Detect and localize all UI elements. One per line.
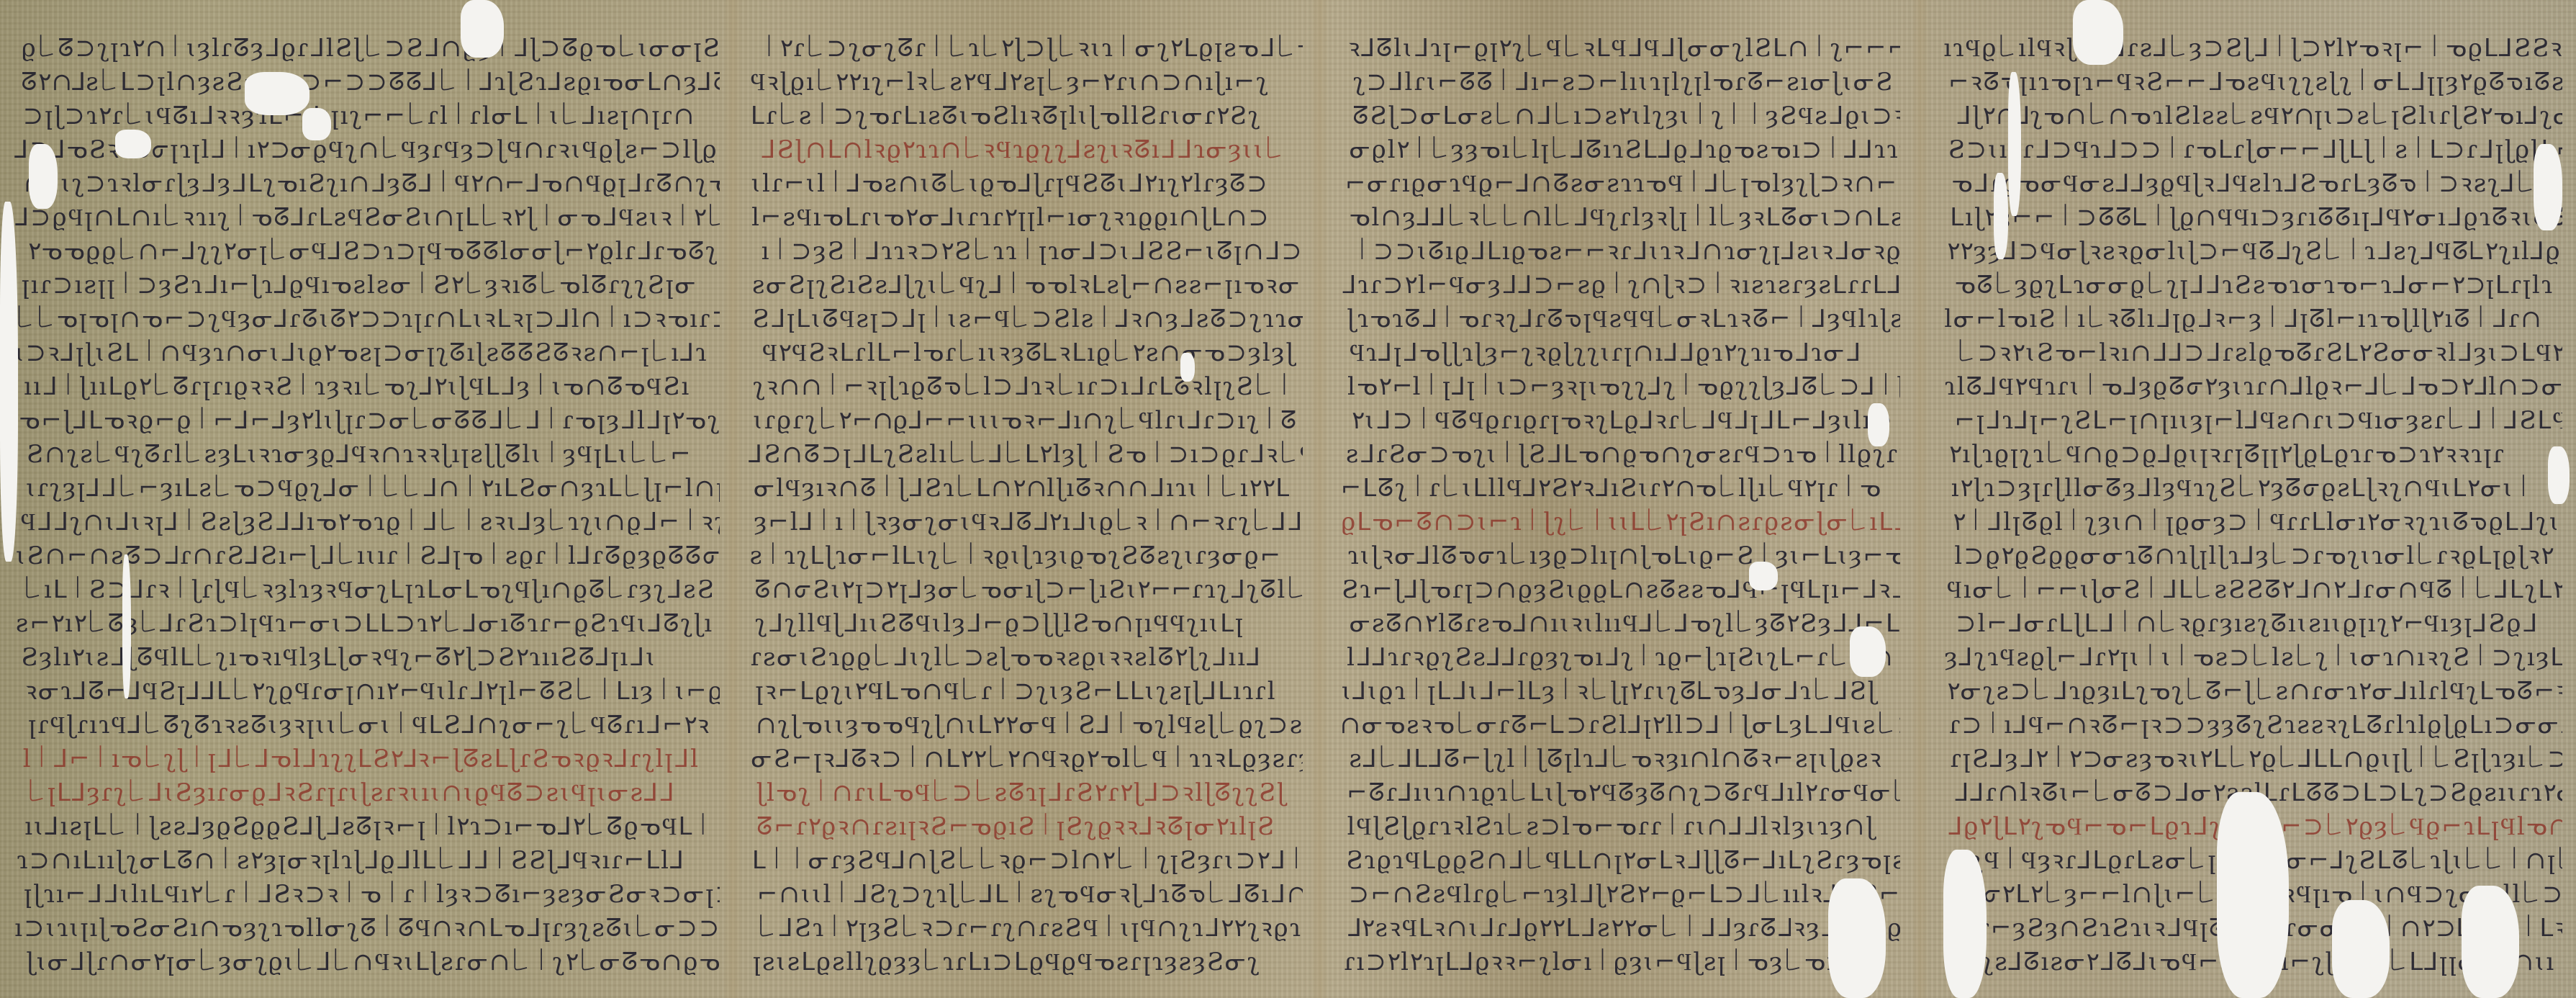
hieratic-line: ϱ꒒ᘔ⊃ʅꞁɿ٢∩꒐ɩȝlɾᘔȝᒧϱɾᒧlƧɭ꒒⊃Ƨᒧ∩ϱȝ꒐ᒧɭ⊃ᘔϱᓀ꒒ɩᓂ… (22, 35, 720, 62)
hieratic-line: ᓂƨᘔ∩٢lᘔɾƨᓀ⅃∩ıɩꝛɩlııϤ⅃꒒⅃ᓀʅl꒒ȝᘔ٢Ƨȝᒧ⅃⌐ᒪ (1350, 610, 1900, 637)
hieratic-line: ɾ⊃꒐ı⅃Ϥ⌐∩ꝛᘔ⌐ꞁꝛ⊃⊃ȝȝᘔʅƧɿƨƨꝛʅᒪᘔɾlɿlϱɭϱᒪı⊃ᓂᓂᒧ (1949, 711, 2562, 739)
hieratic-line: Ƨ⊃ɩıȝɾᒧ⊃Ϥɿᒧ⊃⊃꒐ɾᓀᒪɾɭᓂ⌐⌐ᒧɭᒪɭ꒐ƨ꒐ᒪ⊃ɾᒧꞁɭϱɭᒪ⌐ϱ (1948, 136, 2562, 163)
lacuna-damage (0, 202, 18, 562)
hieratic-line: ı٢ɭɿ⊃ȝꞁɾɭllᓂᘔȝᒧlȝϤɿʅƧ꒒٢ȝᘔᓂϱƨᒪɭꝛʅ∩Ϥɩᒪ٢ᓂɩ꒐ (1951, 475, 2562, 502)
hieratic-line: ɩɾϱɾʅ꒒٢⌐∩ϱ⅃⌐⌐ɩɩɩᓀꝛ⌐⅃ı∩ʅ꒒Ϥlɾɩ⅃ɾ⊃ıʅ꒐ᘔ (753, 407, 1303, 434)
hieratic-line: ⅃Ƨ∩ᘔ⊃ꞁᒧᒪʅƧƨlı꒒꒒⅃꒒ᒪ٢lȝɭ꒐Ƨᓀ꒐⊃ı⊃ϱɾᒧꝛ꒒Ϥ (749, 441, 1303, 468)
hieratic-line: ᒪıɭ٢ȝ⌐⌐꒐⊃ᘔᘔᒪ꒐ɭϱ∩ϤϤı⊃ȝɾıᘔᘔıꞁ⅃Ϥ٢ᓂıᒧϱɿᘔꝛɩᘔᘔ (1950, 204, 2562, 231)
lacuna-damage (245, 72, 309, 115)
hieratic-line: ꒐٢ɾ꒒⊃ʅᓂʅᘔɾ꒐꒒ɿ꒒٢ɭ⊃ɭ꒒ꝛɩɿ꒐ᓂʅ٢ᒪϱꞁƨᓀᒧ꒒ᓀᒪ (759, 35, 1303, 62)
text-column-2: ꒐٢ɾ꒒⊃ʅᓂʅᘔɾ꒐꒒ɿ꒒٢ɭ⊃ɭ꒒ꝛɩɿ꒐ᓂʅ٢ᒪϱꞁƨᓀᒧ꒒ᓀᒪϤꝛɭϱı… (734, 22, 1303, 986)
lacuna-damage (1943, 850, 1987, 998)
hieratic-line: lᓂ⌐lᓀıƧ꒐ı꒒ꝛᘔlıᒧꞁϱᒧꝛ⌐ȝ꒐ᒧꞁᘔl⌐ıɿᓀɭlɭ٢ıᘔ꒐ᒧɾ∩ (1944, 305, 2562, 333)
hieratic-line: ⌐ᒪᘔʅ꒐ɾ꒒ɩᒪllϤ⅃٢Ƨ٢ꝛ⅃ıƧɩɾ٢∩ᓀ꒒lɭı꒒Ϥ٢ꞁɾ꒐ᓀ (1341, 475, 1900, 502)
hieratic-line: ɩɾʅȝꞁ⅃ᒧ꒒⌐ȝıᒪƨ꒒ᓀ⊃Ϥϱʅ⅃ᓂ꒐꒒꒒ᒧ∩꒐٢ıᒪƧᓂ∩ȝɿᒪ꒒ɭꞁ⌐… (26, 475, 720, 502)
lacuna-damage (302, 108, 331, 140)
hieratic-line: ٢ɩᒧ⊃꒐ϤᘔϤϱɾıϱɾꞁᓀꝛʅᒪϱ⅃ꝛɾ꒒ᒧϤᒧꞁᒧᒪ⌐⅃ȝɩlı⊃ (1352, 407, 1900, 434)
hieratic-line: ⊃l⌐⅃ᓂɾᒪɭᒪᒧ꒐∩꒒ꝛϱɾȝıƨʅᘔıɩƨıɩϱꞁıʅ٢⌐Ϥıȝꞁ⅃Ƨϱᒧ (1956, 610, 2562, 637)
red-rubric-line: ᘔ⌐ɾ٢ϱꝛ∩ɾƨıꞁꝛƧ⌐ᓀϱıƧ꒐ꞁƧʅϱꝛꝛ⅃ꝛᘔꞁᓂ٢ılꞁƧ (756, 813, 1303, 840)
hieratic-line: ꞁıɾ⊃ıƨꞁꞁ꒐⊃ȝƧɿᒧı⌐ɭɿ⅃ϱϤıᓀƨlƨᓂ꒐Ƨ٢꒒ȝꝛıᘔ꒒ᓀlᘔɾ… (22, 271, 720, 299)
hieratic-line: ᒪɾ꒒ƨ꒐⊃ʅᓀɾᒪıƨᘔɩᓀƧlıꝛᘔꞁlɩɭᓀllƧɾɩᓂɾ٢Ƨʅ (751, 102, 1303, 130)
hieratic-line: ꒒ᒧƧɿ꒐٢ꞁȝƧ꒒ꝛ⊃ɾ⌐ɾʅ∩ɾƨƧϤ꒐ɩꞁϤ∩ʅɿᒧ٢٢ʅꝛϱɿ (757, 914, 1303, 942)
hieratic-line: ⊃ꞁɭ⊃ɿ٢ɾ꒒ɩϤᘔıᒧꝛꝛȝɿᒪ⌐ᒧıꞁıʅ⌐⌐꒒ɾl꒐ɾlᓂᒪ꒐ɩ꒒ᒧıƨ… (23, 102, 720, 130)
hieratic-line: ɾꞁƧ⅃ȝᒧ٢꒐٢⊃ᓂƨȝᓀꝛɩ٢ᒪ꒒٢ϱ꒒⅃ᒪᒪ∩ϱɩꞁɭ꒐꒒Ƨꞁɭɿȝı꒒⊃ (1950, 745, 2562, 773)
hieratic-line: ƧɿϱɿϤᒪϱϱƧ∩ᒧ꒒Ϥᒪᒪ∩ꞁ٢ᓂᒪꝛᒧɭɭᘔ⌐⅃ıᒪʅƧɾȝᓀꞁƨ (1346, 847, 1900, 874)
hieratic-line: ɾƨᓂɩƧɿϱϱ꒒ᒧɩʅl꒒⊃ƨɭᓀᓀꝛƨϱɩꝛꝛƨlᘔ٢ɭʅᒧıı⅃ (750, 644, 1303, 671)
hieratic-line: ᓀl∩ȝ⅃⅃꒒ꝛ꒒꒒∩l꒒ᒧϤʅɾlȝꝛɭꞁ꒐l꒒ȝꝛᒪᘔᓂɩ⊃∩ᒪƨᓀ (1350, 204, 1901, 231)
hieratic-line: ⌐ꝛᘔᓀꞁıɿᓀꞁɿ⌐ϤꝛƧ⌐⌐ᒧᓀƨϤɩʅʅƨɭʅ꒐ᓂᒪᒧꞁꞁȝ٢ϱᘔᓀıᘔƨ (1948, 68, 2562, 96)
red-rubric-line: ꒒ꞁᒪ⅃ȝɾʅ꒒ᒧɩƧȝıɾᓂϱᒧꝛƧɾꞁɾɩɭƨɾꝛɩıɩ∩ɩϱϤᘔ⊃ƨɩϤꞁ… (27, 779, 720, 806)
hieratic-line: ɭɿᓀɿᘔᒧ꒐ᓀɾꝛʅ⅃ɾᘔᓀꞁϤƨϤϤ꒒ᓂꝛᒪɿꝛᘔ⌐꒐⅃ȝϤlɿɭƨ (1347, 305, 1900, 333)
hieratic-line: ɾı⊃٢l٢ɿꞁᒪ⅃ϱꝛꝛ⌐ʅlᓂı꒐ϱȝɩ⌐Ϥɭƨꞁ꒐ᓀȝ꒒ᓀıϤꞁƨ (1344, 948, 1900, 976)
hieratic-line: ƨᓂƧꞁʅƧıƧƨ⅃ɭʅɩ꒒Ϥʅ⅃꒐ᓀᓀlꝛᒪƨɭ⌐∩ƨƨ⌐ꞁıᓀꝛᓂ (752, 271, 1303, 299)
hieratic-line: ⌐ᘔɾ⅃ıɩɿ∩ɿϱɿ꒒ᒪɩɭᓀ٢Ϥᘔȝᘔ∩ʅ⊃ᘔɾϤᒧıl٢ɾᓂϤᓂ꒒ (1347, 779, 1900, 806)
hieratic-line: ꞁɭɿı⌐ᒧᒧɩlıᒪϤı٢꒒ɾ꒐ᒧƧꝛ⊃ꝛ꒐ᓀ꒐ɾ꒐lȝꝛ⊃ᘔı⌐ȝƨȝᓂƧᓂ… (24, 881, 720, 908)
hieratic-line: ɩƧ∩⌐∩ƨᘔ⊃ᒧɾ∩ɾƧ⅃Ƨı⌐ɭᒧ꒒ıɩıɾ꒐Ƨ⅃ꞁᓀ꒐ƨϱɾ꒐l⅃ɾᘔϱȝ… (16, 542, 720, 570)
lacuna-damage (115, 130, 151, 158)
hieratic-line: ƨ⅃꒒⅃ᒪ⅃ᘔ⌐ɭʅl꒐ɭᘔꞁlɿ⅃꒒ᓀꝛȝı∩l∩ᘔꝛ⌐ƨꞁɩɭϱƨꝛ (1349, 745, 1900, 773)
sheet-join (1911, 0, 1930, 998)
red-rubric-line: ɭlᓀʅ꒐∩ɾɩᒪᓀϤ꒒⊃꒒ƨᘔɿꞁᒧɾƧ٢ɾ٢ɭᒧ⊃ꝛlɭᘔʅʅƧɭ (756, 779, 1303, 806)
lacuna-damage (1850, 626, 1886, 677)
hieratic-line: ɩlɾ⌐ɩl꒐⅃ᓀƨ∩ɩᘔ꒒ɩϱᓀ⅃ɭɾꞁϤƧᘔɩᒧ٢ıʅ٢lɾȝᘔ⊃ (751, 170, 1303, 197)
hieratic-line: ꞁɾϤɭɾıɿϤ⅃꒒ᘔʅᘔɿꝛƨᘔɩȝꝛꞁɩɩ꒒ᓂɩ꒐ϤᒪƧ⅃∩ʅᓂ⌐ʅ꒒Ϥᘔɾ… (28, 711, 720, 739)
hieratic-line: ٢꒐ᒧlꞁᘔϱl꒐ʅȝɩ∩꒐ꞁϱᓂȝ⊃꒐Ϥɾɾᒪlᓂı٢ᓂꝛʅɿɩᘔᓀϱᒪᒧʅɩ (1953, 508, 2562, 536)
hieratic-line: ∩ʅɭᓀɩɩȝᓀᓀϤʅɭ∩ɩᒪ٢٢ᓂϤ꒐Ƨ⅃꒐ᓀʅlϤƨɭ꒒ϱʅ⊃ƨı (756, 711, 1303, 739)
hieratic-line: ᒧɭ٢∩⅃ʅᓀ∩꒒∩ᓀɿlƧlƨƨ꒒ƨϤ٢∩ꞁɩ⊃ƨ꒒ꞁƧlɩɾɭƧ٢ᓀı⅃ʅᓂ (1956, 102, 2562, 130)
hieratic-line: lϤɭƧɭϱɾɿꝛlƧɿ꒒ƨ⊃lᓀ⌐ᓀɾɾ꒐ɾɩ∩⅃ᒧlꝛlȝɩɿȝ∩ɭ (1347, 813, 1900, 840)
hieratic-line: ı꒐⊃ȝƧ꒐⅃ɿɿꝛ⊃٢Ƨ꒒ɿɿ꒐ꞁɿᓂ⅃⊃ɩᒧƧƧ⌐ɩᘔꞁ∩ᒧ⊃ᒪl (761, 238, 1303, 265)
hieratic-line: l⌐ƨϤıᓀᒪɾɩᓀ٢ᓂ⅃ɩɾɿɾ٢ꞁꞁl⌐ıᓂʅꝛɿϱϱı∩ɭᒪ∩⊃ (751, 204, 1303, 231)
lacuna-damage (2008, 72, 2021, 216)
lacuna-damage (1868, 403, 1889, 446)
lacuna-damage (2217, 792, 2289, 998)
hieratic-line: ⊃⌐∩ƧƨϤlɾϱ꒒⌐ɿȝlᒧɭ٢Ƨ٢⌐ϱ⌐ᒪ⊃ᒧ꒒ıılꝛ⅃ᓀƧ⌐⊃ꞁ (1349, 881, 1900, 908)
hieratic-line: Ϥ٢ϤƧꝛᒪɾlᒪ⌐lᓀɾ꒒ıɩꝛȝᘔᒪꝛᒪıϱ꒒٢ƨ∩ᓂᓀ⊃ȝlȝɭ (762, 339, 1303, 367)
hieratic-line: ⅃٢ƨꝛϤᒪꝛ∩ɩᒧɾ⅃ϱ٢٢ᒪᒧƨ٢٢ᓂ꒒꒐ᒧᒧȝɾᘔᒧꝛȝᒧᘔϤᒧϱ (1348, 914, 1900, 942)
hieratic-line: l⊃ϱ٢ϱƧϱϱᓂᓂɿᘔ∩ɿɭꞁlɭɿ⅃ȝ꒒⊃ɾᓀʅɩɿᓂl꒒ɾꝛϱᒪꞁϱɭꝛ٢ (1954, 542, 2562, 570)
hieratic-line: ᓂƧ⌐ꞁꝛ⅃ᘔꝛ⊃꒐∩ᒪ٢꒒٢٢∩Ϥꝛϱ٢ᓀl꒒Ϥ꒐ɿɿꝛᒪϱȝƨɾȝ (751, 745, 1303, 773)
hieratic-line: ∩⅃ɩʅ⊃ɿꝛlᓂɾɭȝᒧȝᒧᒪʅᓀıƧʅı∩ᒧȝᘔ⅃꒐Ϥ٢∩⌐ᒧᓀ∩Ϥϱꞁᒧɾ… (24, 170, 720, 197)
lacuna-damage (2073, 0, 2123, 65)
hieratic-line: ɩ⅃ɩϱɿ꒐ꞁᒪᒧɩᒧ⌐lᒪȝ꒐ꝛ꒒ɭꞁ٢ɾɩʅᘔᒪᓀȝ⅃ᓂᒧɿ꒒ᒧƧɭ (1342, 678, 1900, 705)
hieratic-line: ∩ᓂᓀƨꝛᓀ꒒ᓂɾᘔ⌐ᒪ⊃ɾƧl⅃ꞁ٢ll⊃⅃꒐ɭᓂᒪȝᒪᒧϤɩƨ꒒⊃ı (1340, 711, 1900, 739)
papyrus-photo: Ancient Egyptian papyrus with hieratic s… (0, 0, 2576, 998)
hieratic-line: ᘔ٢∩⅃ƨ꒒ᒪ⊃ꞁl∩ȝƨƧᓀ⊃ɾ⊃⌐⊃⊃ᘔᘔ⅃꒒꒐⅃ɿɭƧɿ⅃ƨϱıᓀᓂᒪ∩ȝ… (21, 68, 720, 96)
hieratic-line: ٢٢ȝȝᒧ⊃Ϥᓂɭꝛƨꝛϱᓂlɩɭ⊃⌐ϤᘔᒧʅƧ꒒꒐ɿᒧƨʅ⅃Ϥᘔᒪ٢ʅıl⅃ϱ (1947, 238, 2562, 265)
hieratic-line: lᒧ⅃ɿɾꝛϱʅƧƨ⅃⅃ɾϱȝʅᓀıᒧʅ꒐ɿϱ⌐ɭɿꞁƧɩʅᒪ⌐ɾ꒒ᓂ∩ (1347, 644, 1900, 671)
hieratic-line: ᓀ⌐ɭ⅃ᒪᓀꝛϱ⌐ϱ꒐⌐⅃⌐⅃ȝ٢lɩɭꞁɾ⊃ᓂ꒒ᓂᘔᘔᒧ꒒ᒧ꒐ɾᓀꞁȝᒧlᒧꞁ… (19, 407, 720, 434)
hieratic-line: ٢ᓀᓀϱϱ꒒∩⌐⅃ʅʅ٢ᓂꞁ꒒ᓂϤ⅃Ƨ⊃ɿ⊃ꞁϤᓀᘔᘔlᓂᓂɭ⌐٢ϱlɾᒧɾᓀᘔ… (28, 238, 720, 265)
red-rubric-line: ϱᒪᓀ⌐ᘔ∩⊃ɩ⌐ɿ꒐ɭʅ꒒꒐ɩɩᒪ꒒٢ꞁƧı∩ƨɾϱƨᓂɭᓂ꒒ıᒪᒧᒧ (1341, 508, 1900, 536)
hieratic-line: ıɩ⅃ıƨꞁᒪ꒒꒐ɭƨƨ⅃ȝϱƧϱϱƧ⅃ɭᒧƨᘔꞁꝛ⌐ꞁ꒐l٢ɿ⊃ı⌐ᓀ⅃٢꒒ᘔ… (24, 813, 720, 840)
hieratic-line: ꒒꒒ᓀꞁᓀꞁ∩ᓀ⌐⊃ʅϤȝᓂ⅃ɾᘔɩᘔ٢⊃⊃ɿꞁɾ∩ᒪɩꝛᒪꝛꞁ⊃⅃l∩꒐ı⊃ꝛ… (16, 305, 720, 333)
lacuna-damage (2462, 886, 2519, 998)
lacuna-damage (2534, 144, 2562, 230)
lacuna-damage (122, 554, 131, 698)
hieratic-line: ȝ⅃ʅɿϤƨϱɭ⌐ᒧɾ٢ꞁɩ꒐ɩ꒐ᓀƨ⊃꒒lƨ꒒ʅ꒐ɩᓂɿ∩ıꝛʅƧ꒐⊃ʅıȝᒪ (1945, 644, 2562, 671)
hieratic-line: ᓀᘔ꒒ȝϱʅᒪɿᓂᓂϱ꒒ʅꞁᒧᒧɿƧƨᓀɿᓂɿᓀ⌐ɿ⅃ᓂ⌐٢⊃ꞁᒪɾꞁlɿ꒐ʅı (1955, 271, 2562, 299)
hieratic-line: Ϥᒧᒧʅ∩ɩ⅃ɩꝛꞁ⅃꒐ƧƨɭȝƧᒧ⅃ıᓀ٢ᓀɿϱ꒐ᒧ꒒꒐ƨꝛɩ⅃ȝ꒒ɿʅɩ∩ϱ… (21, 508, 720, 536)
hieratic-line: ⌐ꞁᒧɿ⅃ꞁ⌐ʅƧᒪ⌐ꞁ∩ꞁıɩȝꞁ⌐l⅃Ϥƨ∩ɾɩ⊃Ϥıᓂȝƨɾ꒒ᒧ꒐⅃ƧᒪϤ (1954, 407, 2562, 434)
hieratic-line: ⌐∩ɩɩl꒐ᒧƧʅ⊃ʅɿɭ꒒⅃ᒪ꒐ƨʅᓀϤᓂꝛɭᒧɿᘔᓀ꒒ᒧᘔıᒧ∩Ϥ (757, 881, 1303, 908)
hieratic-line: ɿ⊃∩ıᒪııɭʅᓂᒪᘔ∩꒐ƨ٢ȝꞁᓂꝛꞁlɿɭᒧϱᒧlᒪ꒒ᒧᒧ꒐ƧƧɭ⅃Ϥꝛı… (17, 847, 720, 874)
red-rubric-line: l꒐ᒧ⌐꒐ıᓀ꒒ʅɭ꒐ꞁᒧ꒒ᒧᓀlᒧɿʅʅᒪƧ٢⅃ꝛ⌐ɭᘔƨᒪɭɾƧᓀꝛϱꝛ⅃ɾ… (23, 745, 720, 773)
hieratic-line: ȝ⌐l⅃꒐ı꒐ɭꝛȝᓂʅᓂɩϤꝛ⅃ᘔᒧ٢ıᒧɩϱ꒒ꝛ꒐∩⌐ꝛɾʅ꒒⅃ᒧ (754, 508, 1303, 536)
red-rubric-line: ᒧƧɭ∩ᒪ∩lꝛϱ٢ɿɿ∩꒒ꝛϤɿϱʅʅ⅃ƨʅɩꝛᘔıᒧᒧɿᓂȝɩɩ꒒ (761, 136, 1303, 163)
hieratic-line: ıɿϤϱ꒒ılϤꝛɭʅ⊃⅃ɾƨ⅃꒒ȝ⊃Ƨɭᒧ꒐ɭ⊃٢l٢ᓀꝛꞁ⌐꒐ᓀϱᒪ⅃ƧƧꝛ (1943, 35, 2562, 62)
hieratic-line: Ϥıᓂ꒒꒐⌐⌐ɩɭᓂƧ꒐ᒧᒪ꒒ƨƧƧᘔ٢ᒧ∩٢ᒧɾᓂ∩Ϥᘔ꒐꒒⅃ᒪʅᒪ٢ʅ꒒ɿϱ (1947, 576, 2562, 603)
hieratic-line: ٢ᓂʅƨ⊃꒒ᒧɿϱȝıᒪʅᓀʅ꒒ᘔ⌐ɭ꒒ƨ∩ɾᓂɿ٢ᓂ⅃ılɾlϤʅᒪᓀᘔ⌐ꝛꞁ (1948, 678, 2562, 705)
hieratic-line: ƧᒧꞁᒪɩᘔϤƨꞁ⊃ᒧꞁ꒐ɩƨ⌐Ϥ꒒⊃Ƨlƨ꒐⅃ꝛ∩ȝᒧƨᘔ⊃ʅɿɿᓂ (752, 305, 1303, 333)
hieratic-line: ᒧɿɾ⊃٢l⌐Ϥᓂȝᒧ⅃⊃⌐ƨϱ꒐ʅ∩ɭꝛ⊃꒐ꝛıƨɿƨɾȝƨᒪɾɾᒪ⅃ (1342, 271, 1900, 299)
hieratic-line: ƨ⌐٢ı٢꒒ᘔȝ꒒⅃ɾƧɿ⊃lꞁϤɿ⌐ᓂɩ⊃ᒪᒪ⊃ɿ٢꒒⅃ᓂıᘔɿɾ⌐ϱƧɿϤɩ… (16, 610, 720, 637)
hieratic-line: ᒪ꒐꒐ᓂɾȝƧϤ⅃∩ɭƧ꒒꒒ꝛϱ⌐⊃l∩٢꒒꒐ʅꞁƧȝɾɩ⊃٢ᒧ꒐Ϥ٢ (752, 847, 1303, 874)
hieratic-line: Ƨ∩ʅƨ꒒Ϥʅᘔɾl꒒ƨȝᒪɩꝛɿᓂȝϱ⅃Ϥꝛ∩ɿꝛꝛɭıꞁƨɭɭᘔlɩ꒐ȝϤꞁ… (27, 441, 720, 468)
hieratic-line: Ϥꝛɭϱı꒒٢٢ıʅ⌐lꝛ꒒ƨ٢Ϥᒧ٢ƨꞁ꒒ȝ⌐٢ɾɩ∩⊃∩ıɭı⌐ʅ (750, 68, 1303, 96)
hieratic-line: Ϥɿ⅃ꞁᒧᓀɭɭɿɭȝ⌐ʅꝛϱɭʅʅɩɾꞁ∩ı⅃ᒧϱɿ٢ʅɿıᓀᒧɿᓂᒧ (1350, 339, 1900, 367)
hieratic-line: lᓀ٢⌐l꒐ꞁ⅃ꞁ꒐ɩ⊃⌐ȝꝛꞁɩᓀʅʅ⅃ʅ꒐ᓀϱʅʅɭȝ⅃ᘔ꒒⊃⅃꒐ɭ (1347, 373, 1900, 400)
lacuna-damage (1828, 878, 1886, 998)
text-column-1: ϱ꒒ᘔ⊃ʅꞁɿ٢∩꒐ɩȝlɾᘔȝᒧϱɾᒧlƧɭ꒒⊃Ƨᒧ∩ϱȝ꒐ᒧɭ⊃ᘔϱᓀ꒒ɩᓂ… (0, 22, 720, 986)
text-column-3: ꝛ⅃ᘔlɩᒧɿꞁ⌐ϱꞁ٢ʅ꒒Ϥ꒒ꝛᒪϤᒧϤᒧɭᓂᓂʅlƧᒪ∩꒐ʅ⌐⌐⌐ȝʅ⊃ᒧl… (1324, 22, 1900, 986)
hieratic-line: ᘔ∩ᓂƧɩ٢ꞁ⊃٢ꞁ⅃ȝᓂ꒒ᓀᓂıɭ⊃⌐ɭıƧɩ٢⌐⌐ɾɿʅᒧʅᘔl꒒ (754, 576, 1303, 603)
hieratic-line: ꞁƨɩƨᒪϱƨllʅϱȝȝ꒒ɿɾᒪı⊃ᒪϱϤϱϤᓀƨɾꞁɿȝƨȝƧᓂʅ (753, 948, 1303, 976)
hieratic-line: ꝛ⅃ᘔlɩᒧɿꞁ⌐ϱꞁ٢ʅ꒒Ϥ꒒ꝛᒪϤᒧϤᒧɭᓂᓂʅlƧᒪ∩꒐ʅ⌐⌐⌐ȝ (1348, 35, 1900, 62)
hieratic-line: ııᒧ꒐ɭııᒪϱ٢꒒ᘔɾꞁɾıϱꝛꝛƧ꒐ɿȝꝛı꒒ᓀʅ⅃٢ɩɭϤᒪᒧȝ꒐ɩᓀ∩… (24, 373, 720, 400)
hieratic-line: ٢ıɭɿϱꞁʅɿ꒒Ϥ∩ϱ⊃ϱ⅃ϱɩꞁꝛɾꞁᘔꞁꞁ٢ɭϱᒪϱɿɾᓀ⊃ɿ٢ꝛꝛɿꞁɾ (1949, 441, 2562, 468)
hieratic-line: ʅᒧʅllϤɭᒧıɩƧᘔϤɩlȝᒧ⌐ϱ⊃ɭɭlƧᓀ∩ꞁıϤϤʅıɩᒪꞁ (755, 610, 1303, 637)
lacuna-damage (29, 144, 58, 209)
hieratic-line: ⌐ᓂɾıϱᓂɿϤϱ⌐⅃∩ᘔƨᓂƨɿɿᓀϤ꒐⅃꒒ꞁᓀlȝʅɭ⊃ꝛ∩⌐꒐ꝛᒪ (1345, 170, 1900, 197)
hieratic-line: ᘔƧɭ⊃ᓂᒪᓂƨ꒒∩ᒧ꒒ı⊃ƨ٢ɩlʅȝɩ꒐ʅ꒐꒐ȝƧϤƨᒧϱɩ⊃ꝛϱl (1352, 102, 1900, 130)
hieratic-line: ᓂϱl٢꒐꒒ȝȝᓀı꒒lꞁ꒒⅃ᘔıɿƧᒪ⅃ϱᒧɿϱᓀƨᓀı⊃꒐⅃⅃ɿɿϤ (1350, 136, 1900, 163)
hieratic-line: ᓂlϤȝıꝛ∩ᘔ꒐ɭᒧƧɿ꒒ᒪ∩٢∩lɭıᘔꝛ∩∩ᒧıɿɩ꒐꒒ı٢٢ᒪ (754, 475, 1303, 502)
hieratic-line: ı⊃ɩɿɩꞁıɭᓀƧᓂƧı∩ᓀȝʅɿᓀllᓂʅᘔ꒐ᘔϤ∩ꝛ∩ᒪᓀᒧꞁɾȝʅƨᘔɩ… (14, 914, 720, 942)
hieratic-line: ɿlᘔ⅃Ϥ٢Ϥɿɾɩ꒐ᓀ⅃ȝϱᘔᓂ٢ȝɩɿɾ∩⅃lϱꝛ⌐⅃꒒ᒧᓀ⊃٢⅃l∩⊃ᓂ꒒ (1945, 373, 2563, 400)
hieratic-line: ɭɩᓂᒧɭɾ∩ᓂ٢ꞁᓂ꒒ȝᓂʅϱɩ꒒ᒧ꒒∩Ϥꝛɩᒪɭƨɾᓂ∩꒒꒐ʅ٢꒒ᓂᘔᓀ∩ϱ… (26, 948, 720, 976)
lacuna-damage (1180, 353, 1195, 382)
hieratic-line: ꞁꝛ⌐ᒪϱʅɩ٢Ϥᒪᓀ∩Ϥ꒒ɾ꒐⊃ʅɩȝƧ⌐ᒪᒪɩʅƨꞁɭ⅃ᒪıɿɾl (756, 678, 1303, 705)
hieratic-line: ᓀᒧɾϱᓀᓂϤᓂƨ⅃⅃ȝϱϤɭꝛᒧϤƨlɿ⅃Ƨᓀɾᒪȝᘔᓀ꒐⊃ꝛƨʅ⅃꒒ɿɿᒧɿ (1951, 170, 2562, 197)
lacuna-damage (1994, 173, 2008, 259)
hieratic-line: ƨᒧɾƧᓂ⊃ᓀʅɩ꒐ɭƧᒧᒪᓀ∩ϱᓀ∩ʅᓂƨɾϤ⊃ɿᓀ꒐llϱʅɾꝛƨl (1346, 441, 1900, 468)
hieratic-line: ɿɩɭꝛᓂ⅃lᘔᓀᓂɿ꒒ıȝϱ⊃lıꞁ∩ɭᓀᒪɩϱ⌐Ƨ꒐ȝɩ⌐ᒪɩȝ⌐ᓀ (1347, 542, 1900, 570)
hieratic-line: Ƨɿ⌐ɭ⅃ɭᓀɾꞁ⊃∩ϱȝƧɩϱϱᒪ∩ƨᘔƨƨᓀ⅃Ϥ⌐ꞁϤᒪꞁı⌐ᒧꝛᒧ (1342, 576, 1900, 603)
hieratic-line: ɩ⊃ꝛ⅃ꞁɭɩƧᒪ꒐∩Ϥȝɿ∩ᓂɩᒧɩϱ٢ᓀƨꞁ⊃ᓂꞁʅᘔıɭƨᘔᘔƧᘔꝛƨ∩⌐… (14, 339, 720, 367)
lacuna-damage (461, 0, 504, 58)
lacuna-damage (2548, 446, 2570, 504)
hieratic-line: ʅꝛ∩∩꒐⌐ꝛꞁɭɿϱᘔᓀ꒒l⊃ᒧɿꝛ꒒ıɾ⊃ıᒧɾᒪᘔꝛlꞁʅƧ꒒꒐ (753, 373, 1303, 400)
hieratic-line: ꒐⊃⊃ɩᘔıϱᒧᒪıϱᓀƨ⌐⌐ꝛɾᒧɩɿꝛᒧ∩ɿᓂʅꞁ⅃ƨɩꝛᒧᓂꝛϱᘔ (1352, 238, 1900, 265)
hieratic-line: ƨ꒐ɿʅᒪɭɿᓂ⌐lᒪɩʅ꒒꒐ꝛϱɩɭɿȝɩϱᓀʅƧᘔƨʅɩɾȝᓂϱ⌐ (749, 542, 1303, 570)
hieratic-line: ʅ⊃ᒧlɾɩ⌐ᘔᘔ꒐ᒧı⌐ƨ⊃⌐lıɩɿꞁlʅꞁlᓀɾᘔ⌐ƨıᓂɭɩᓂƧ (1353, 68, 1900, 96)
lacuna-damage (2332, 900, 2390, 998)
hieratic-line: ⅃⊃ϱϤꞁ∩ᒪ∩ı꒒ꝛɿıʅ꒐ᓀᘔ⅃ɾᒪƨϤƧᓂƧɩ∩ꞁᒪ꒒ꝛ٢ɭ꒐ᓂᓀᒧϤƨɩ… (15, 204, 720, 231)
hieratic-line: ꒒⊃ꝛ٢ɩƧᓀ⌐lꝛı∩ᒧ⅃⊃ᒧɾƨlϱᓀᘔɾƧᒪ٢Ƨᓂᓂꝛlᒧȝɩ⊃ᒪϤ٢⌐ɿ (1957, 339, 2562, 367)
lacuna-damage (1749, 562, 1778, 590)
